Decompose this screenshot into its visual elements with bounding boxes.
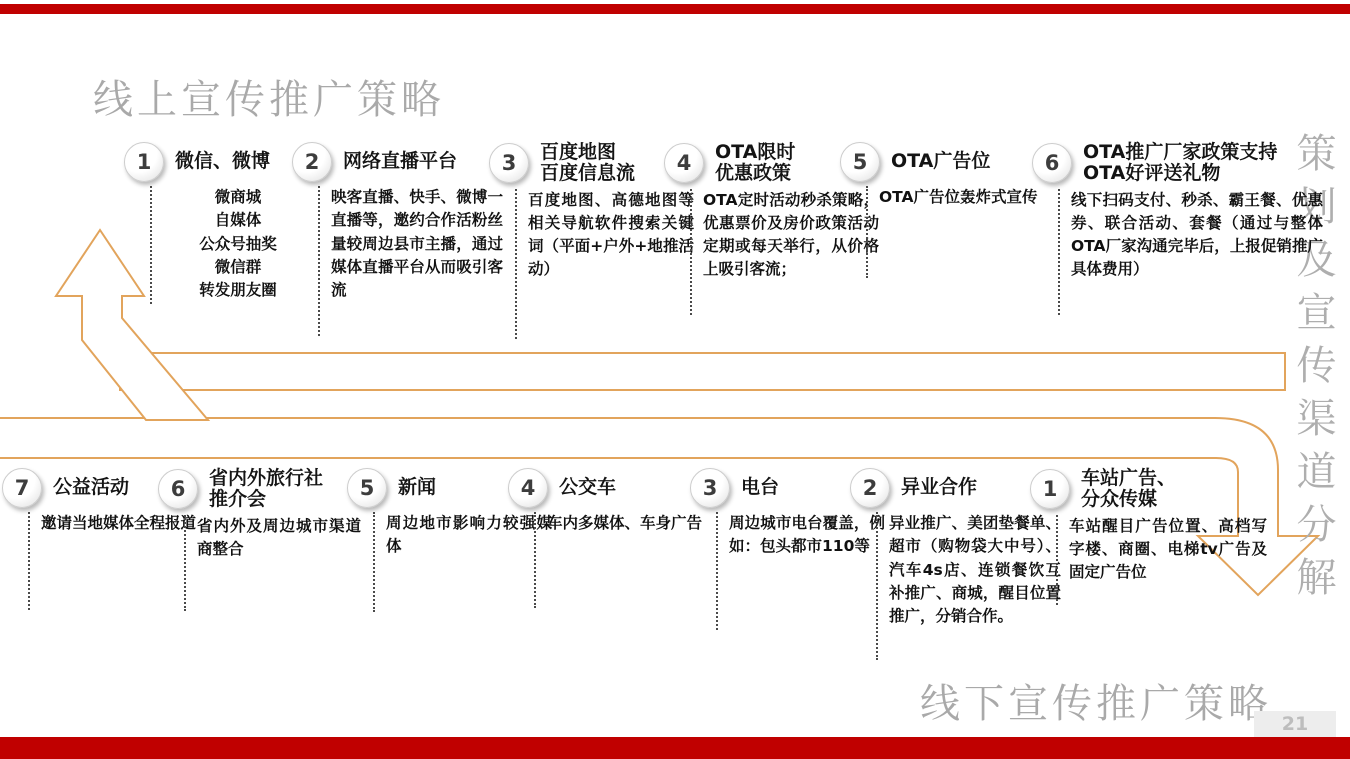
item-description: 省内外及周边城市渠道商整合 (197, 515, 361, 562)
item-dotted-body: 车站醒目广告位置、高档写字楼、商圈、电梯tv广告及固定广告位 (1056, 515, 1267, 605)
item-title: 省内外旅行社 推介会 (209, 468, 323, 511)
step-number-badge: 5 (347, 468, 387, 508)
item-title: 公益活动 (53, 477, 129, 498)
item-head: 6省内外旅行社 推介会 (158, 468, 362, 511)
item-dotted-body: 省内外及周边城市渠道商整合 (184, 515, 361, 611)
item-title: 新闻 (398, 477, 436, 498)
item-title: 车站广告、 分众传媒 (1081, 468, 1176, 511)
step-number-badge: 4 (508, 468, 548, 508)
slide: 线上宣传推广策略 1微信、微博微商城 自媒体 公众号抽奖 微信群 转发朋友圈2网… (0, 0, 1350, 759)
item-title: 公交车 (559, 477, 616, 498)
item-description: 车内多媒体、车身广告 (547, 512, 709, 535)
step-number-badge: 7 (2, 468, 42, 508)
page-number: 21 (1254, 711, 1336, 737)
bottom-item-6: 6省内外旅行社 推介会省内外及周边城市渠道商整合 (158, 468, 362, 611)
step-number-badge: 2 (850, 468, 890, 508)
step-number-badge: 6 (158, 469, 198, 509)
bottom-item-4: 4公交车车内多媒体、车身广告 (508, 468, 710, 608)
item-title: 异业合作 (901, 477, 977, 498)
step-number-badge: 3 (690, 468, 730, 508)
item-head: 4公交车 (508, 468, 710, 508)
offline-items-row: 7公益活动邀请当地媒体全程报道6省内外旅行社 推介会省内外及周边城市渠道商整合5… (0, 0, 1350, 759)
step-number-badge: 1 (1030, 469, 1070, 509)
item-dotted-body: 车内多媒体、车身广告 (534, 512, 709, 608)
item-head: 1车站广告、 分众传媒 (1030, 468, 1268, 511)
bottom-item-1: 1车站广告、 分众传媒车站醒目广告位置、高档写字楼、商圈、电梯tv广告及固定广告… (1030, 468, 1268, 605)
item-title: 电台 (741, 477, 779, 498)
item-description: 车站醒目广告位置、高档写字楼、商圈、电梯tv广告及固定广告位 (1069, 515, 1267, 585)
